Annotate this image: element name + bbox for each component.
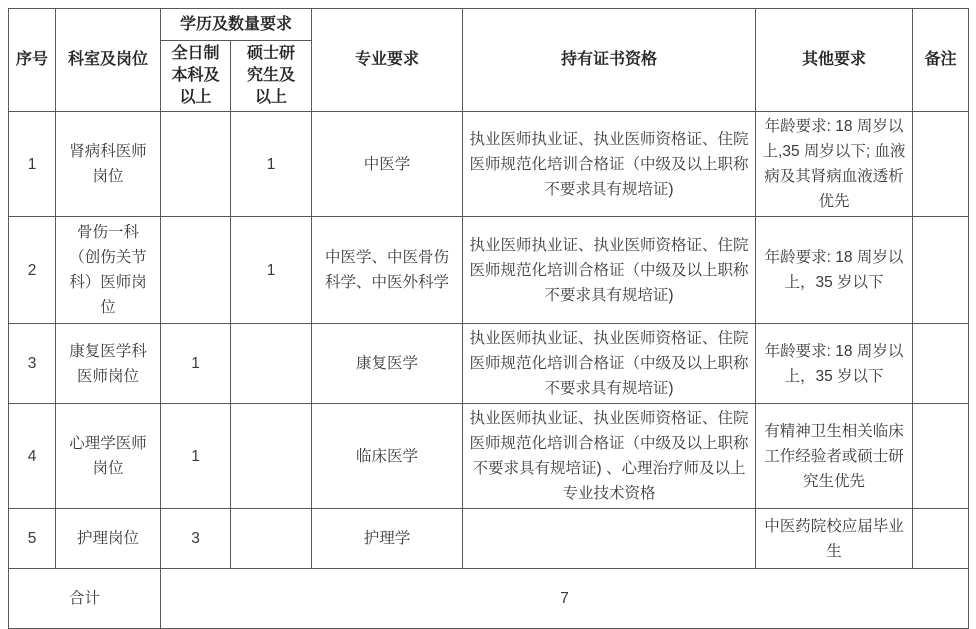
table-row: 2 骨伤一科（创伤关节科）医师岗位 1 中医学、中医骨伤科学、中医外科学 执业医… xyxy=(9,217,969,324)
header-master-above-label: 硕士研究生及以上 xyxy=(246,43,296,109)
cell-major: 护理学 xyxy=(312,509,463,569)
cell-major: 临床医学 xyxy=(312,404,463,509)
table-row: 5 护理岗位 3 护理学 中医药院校应届毕业生 xyxy=(9,509,969,569)
cell-bachelor: 3 xyxy=(161,509,231,569)
cell-no: 3 xyxy=(9,324,56,404)
cell-post: 肾病科医师岗位 xyxy=(56,112,161,217)
cell-remark xyxy=(913,217,969,324)
cell-remark xyxy=(913,112,969,217)
cell-post: 康复医学科医师岗位 xyxy=(56,324,161,404)
page: 序号 科室及岗位 学历及数量要求 专业要求 持有证书资格 其他要求 备注 全日制… xyxy=(0,0,976,620)
cell-master xyxy=(231,404,312,509)
cell-bachelor: 1 xyxy=(161,404,231,509)
header-master-above: 硕士研究生及以上 xyxy=(231,41,312,112)
recruitment-table: 序号 科室及岗位 学历及数量要求 专业要求 持有证书资格 其他要求 备注 全日制… xyxy=(8,8,969,629)
header-education-quantity-group: 学历及数量要求 xyxy=(161,9,312,41)
header-major-requirement: 专业要求 xyxy=(312,9,463,112)
cell-other: 年龄要求: 18 周岁以上，35 岁以下 xyxy=(756,217,913,324)
cell-remark xyxy=(913,509,969,569)
cell-master: 1 xyxy=(231,112,312,217)
cell-master: 1 xyxy=(231,217,312,324)
table-row: 1 肾病科医师岗位 1 中医学 执业医师执业证、执业医师资格证、住院医师规范化培… xyxy=(9,112,969,217)
cell-bachelor: 1 xyxy=(161,324,231,404)
header-fulltime-bachelor-label: 全日制本科及以上 xyxy=(171,43,221,109)
cell-other: 年龄要求: 18 周岁以上,35 周岁以下; 血液病及其肾病血液透析优先 xyxy=(756,112,913,217)
header-other-requirement: 其他要求 xyxy=(756,9,913,112)
cell-master xyxy=(231,509,312,569)
header-remark: 备注 xyxy=(913,9,969,112)
cell-no: 2 xyxy=(9,217,56,324)
cell-cert: 执业医师执业证、执业医师资格证、住院医师规范化培训合格证（中级及以上职称不要求具… xyxy=(463,404,756,509)
cell-major: 中医学、中医骨伤科学、中医外科学 xyxy=(312,217,463,324)
cell-bachelor xyxy=(161,217,231,324)
cell-remark xyxy=(913,404,969,509)
cell-no: 5 xyxy=(9,509,56,569)
cell-cert: 执业医师执业证、执业医师资格证、住院医师规范化培训合格证（中级及以上职称不要求具… xyxy=(463,324,756,404)
cell-major: 中医学 xyxy=(312,112,463,217)
cell-cert xyxy=(463,509,756,569)
cell-post: 骨伤一科（创伤关节科）医师岗位 xyxy=(56,217,161,324)
header-certificate-qualification: 持有证书资格 xyxy=(463,9,756,112)
cell-major: 康复医学 xyxy=(312,324,463,404)
cell-bachelor xyxy=(161,112,231,217)
cell-other: 中医药院校应届毕业生 xyxy=(756,509,913,569)
cell-cert: 执业医师执业证、执业医师资格证、住院医师规范化培训合格证（中级及以上职称不要求具… xyxy=(463,217,756,324)
table-row: 3 康复医学科医师岗位 1 康复医学 执业医师执业证、执业医师资格证、住院医师规… xyxy=(9,324,969,404)
cell-remark xyxy=(913,324,969,404)
cell-post: 心理学医师岗位 xyxy=(56,404,161,509)
cell-no: 4 xyxy=(9,404,56,509)
cell-post: 护理岗位 xyxy=(56,509,161,569)
cell-no: 1 xyxy=(9,112,56,217)
cell-cert: 执业医师执业证、执业医师资格证、住院医师规范化培训合格证（中级及以上职称不要求具… xyxy=(463,112,756,217)
cell-other: 年龄要求: 18 周岁以上，35 岁以下 xyxy=(756,324,913,404)
header-fulltime-bachelor: 全日制本科及以上 xyxy=(161,41,231,112)
header-serial-number: 序号 xyxy=(9,9,56,112)
table-row: 4 心理学医师岗位 1 临床医学 执业医师执业证、执业医师资格证、住院医师规范化… xyxy=(9,404,969,509)
header-department-post: 科室及岗位 xyxy=(56,9,161,112)
cell-master xyxy=(231,324,312,404)
cell-other: 有精神卫生相关临床工作经验者或硕士研究生优先 xyxy=(756,404,913,509)
header-row-top: 序号 科室及岗位 学历及数量要求 专业要求 持有证书资格 其他要求 备注 xyxy=(9,9,969,41)
